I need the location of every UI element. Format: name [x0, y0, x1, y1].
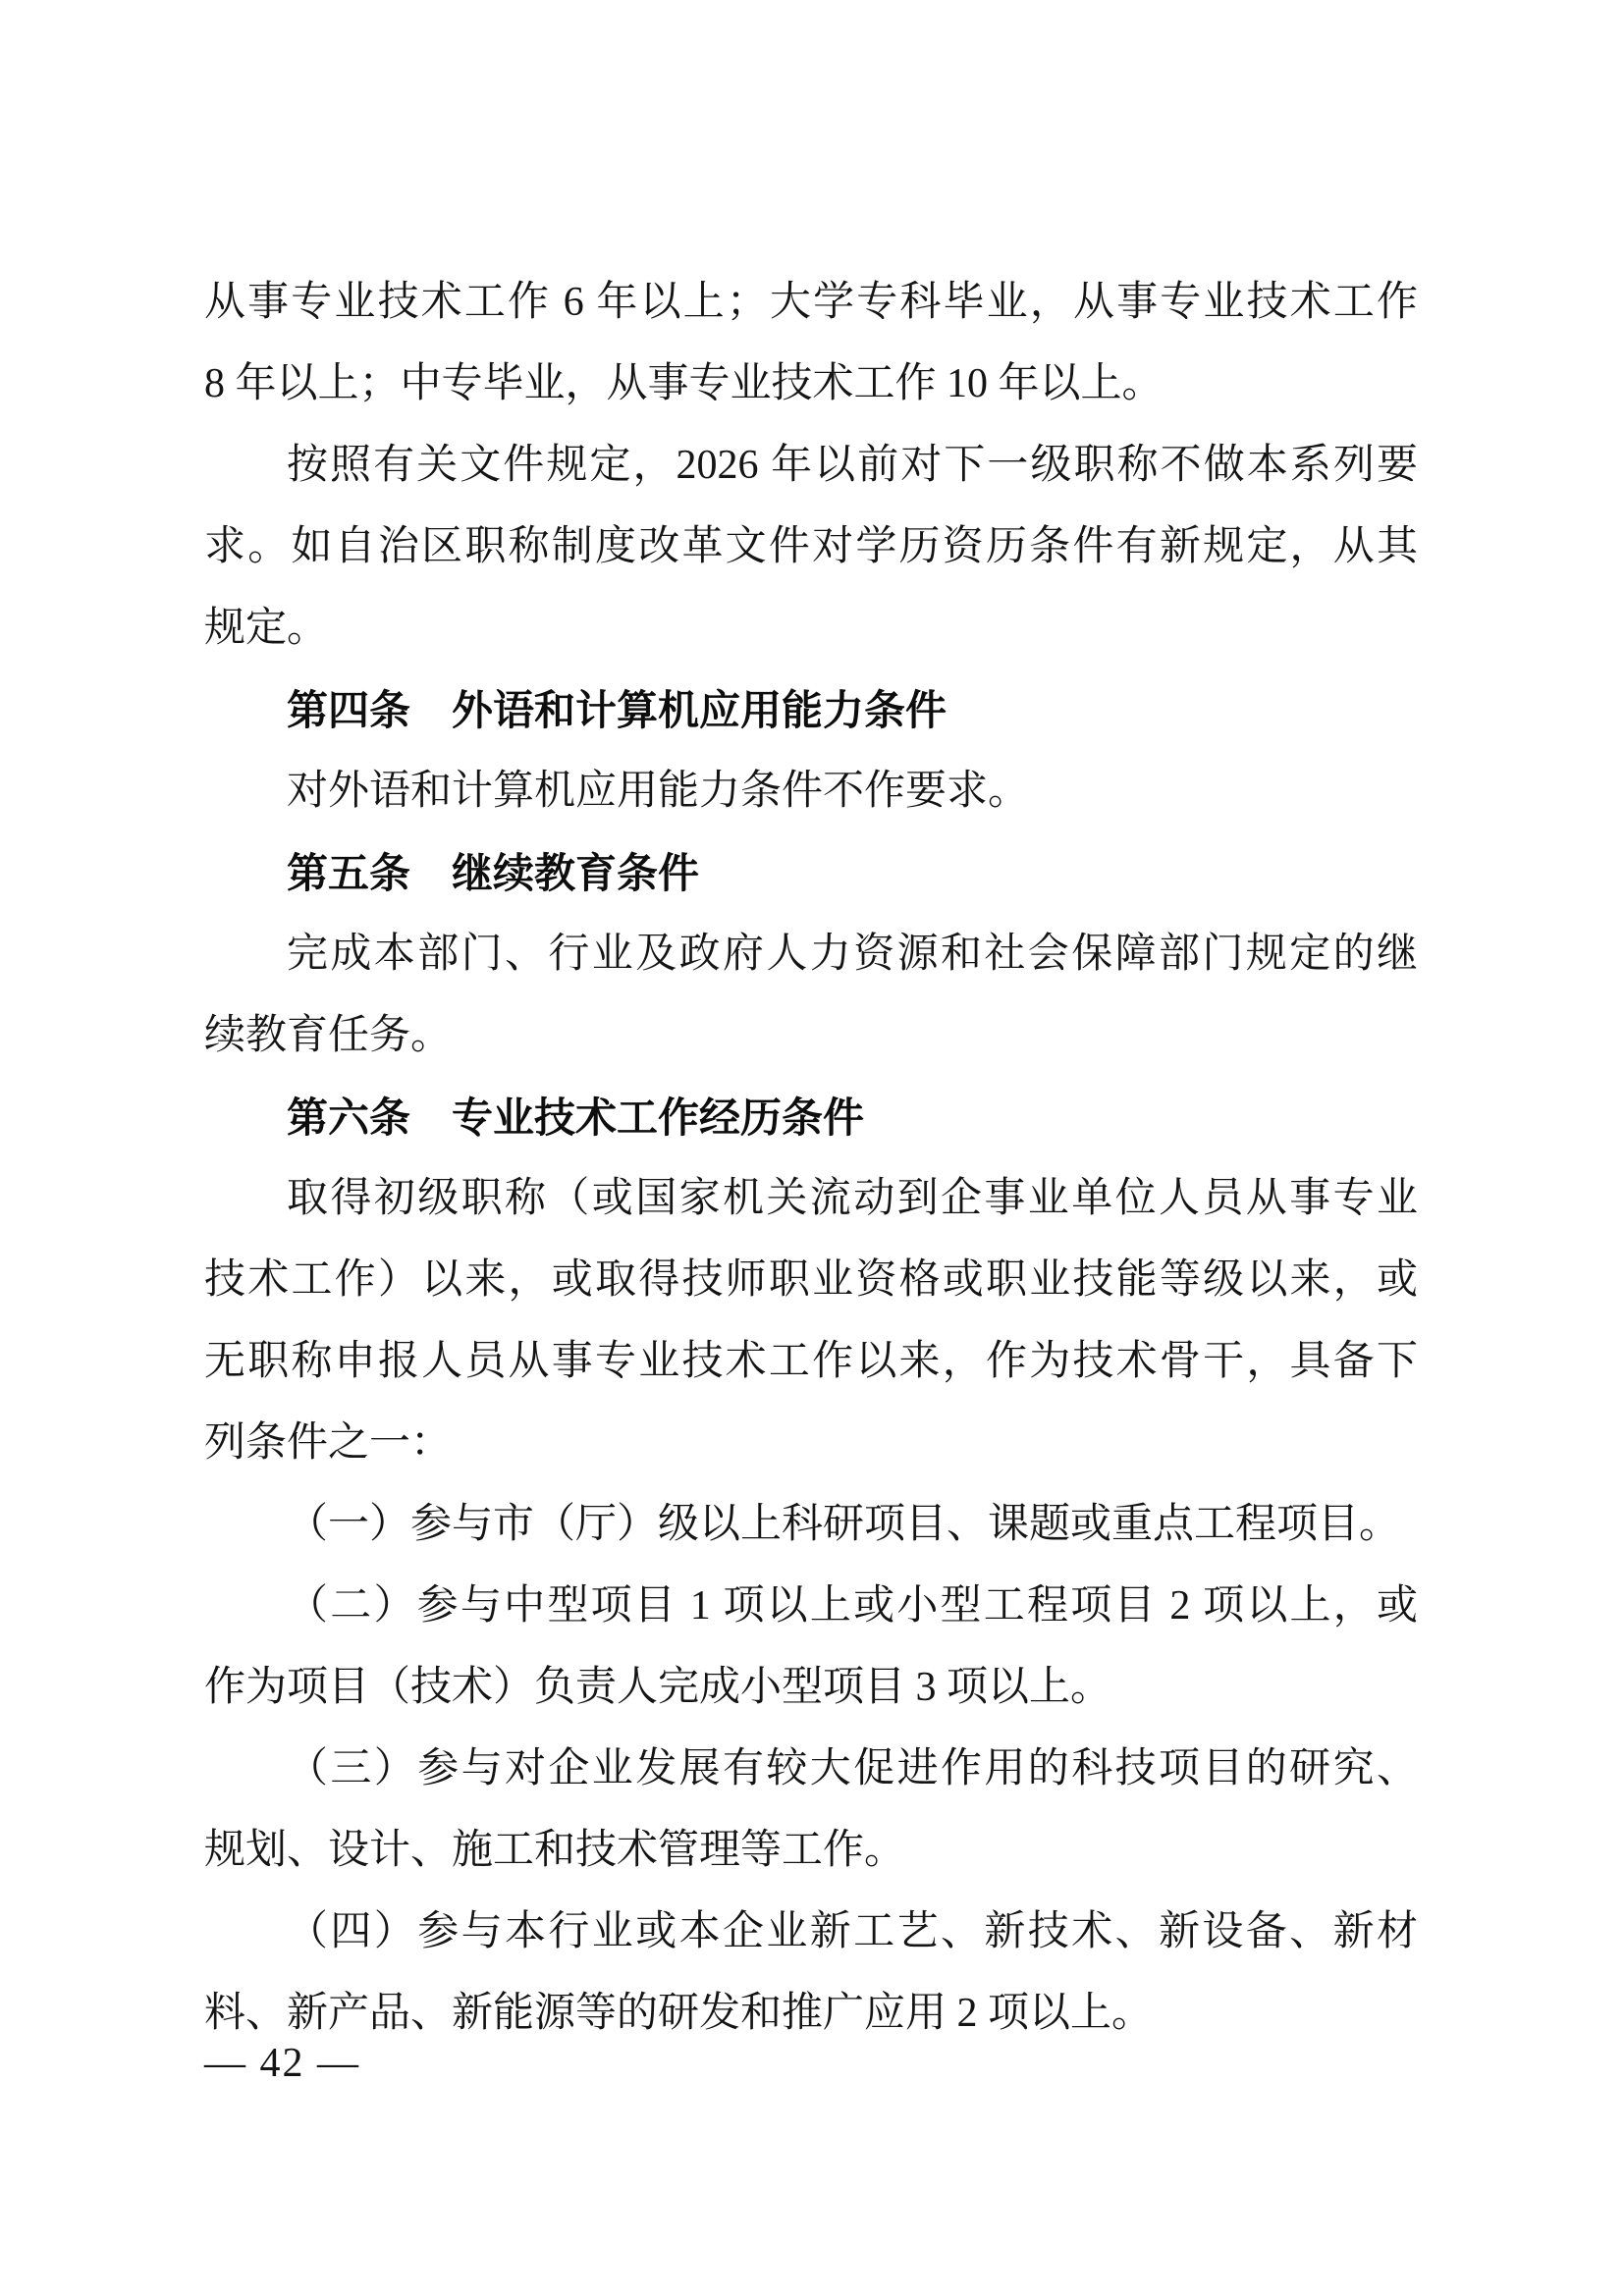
text-line: （一）参与市（厅）级以上科研项目、课题或重点工程项目。 — [204, 1484, 1418, 1566]
text-line: 规定。 — [204, 588, 1418, 669]
page-number: — 42 — — [204, 2042, 360, 2085]
text-line: 规划、设计、施工和技术管理等工作。 — [204, 1810, 1418, 1892]
document-body: 从事专业技术工作 6 年以上；大学专科毕业，从事专业技术工作8 年以上；中专毕业… — [204, 262, 1418, 2055]
heading-line: 第六条 专业技术工作经历条件 — [204, 1077, 1418, 1158]
text-line: 续教育任务。 — [204, 995, 1418, 1077]
text-line: 按照有关文件规定，2026 年以前对下一级职称不做本系列要 — [204, 425, 1418, 507]
text-line: 求。如自治区职称制度改革文件对学历资历条件有新规定，从其 — [204, 507, 1418, 588]
text-line: 作为项目（技术）负责人完成小型项目 3 项以上。 — [204, 1647, 1418, 1729]
text-line: 对外语和计算机应用能力条件不作要求。 — [204, 751, 1418, 832]
text-line: 无职称申报人员从事专业技术工作以来，作为技术骨干，具备下 — [204, 1321, 1418, 1403]
document-page: 从事专业技术工作 6 年以上；大学专科毕业，从事专业技术工作8 年以上；中专毕业… — [0, 0, 1624, 2296]
text-line: （二）参与中型项目 1 项以上或小型工程项目 2 项以上，或 — [204, 1566, 1418, 1647]
heading-line: 第五条 继续教育条件 — [204, 832, 1418, 914]
text-line: 取得初级职称（或国家机关流动到企事业单位人员从事专业 — [204, 1158, 1418, 1240]
text-line: 完成本部门、行业及政府人力资源和社会保障部门规定的继 — [204, 914, 1418, 995]
text-line: 料、新产品、新能源等的研发和推广应用 2 项以上。 — [204, 1973, 1418, 2055]
text-line: （四）参与本行业或本企业新工艺、新技术、新设备、新材 — [204, 1892, 1418, 1973]
heading-line: 第四条 外语和计算机应用能力条件 — [204, 669, 1418, 751]
text-line: 技术工作）以来，或取得技师职业资格或职业技能等级以来，或 — [204, 1240, 1418, 1321]
text-line: 8 年以上；中专毕业，从事专业技术工作 10 年以上。 — [204, 344, 1418, 425]
text-line: 从事专业技术工作 6 年以上；大学专科毕业，从事专业技术工作 — [204, 262, 1418, 344]
text-line: 列条件之一： — [204, 1403, 1418, 1484]
text-line: （三）参与对企业发展有较大促进作用的科技项目的研究、 — [204, 1729, 1418, 1810]
